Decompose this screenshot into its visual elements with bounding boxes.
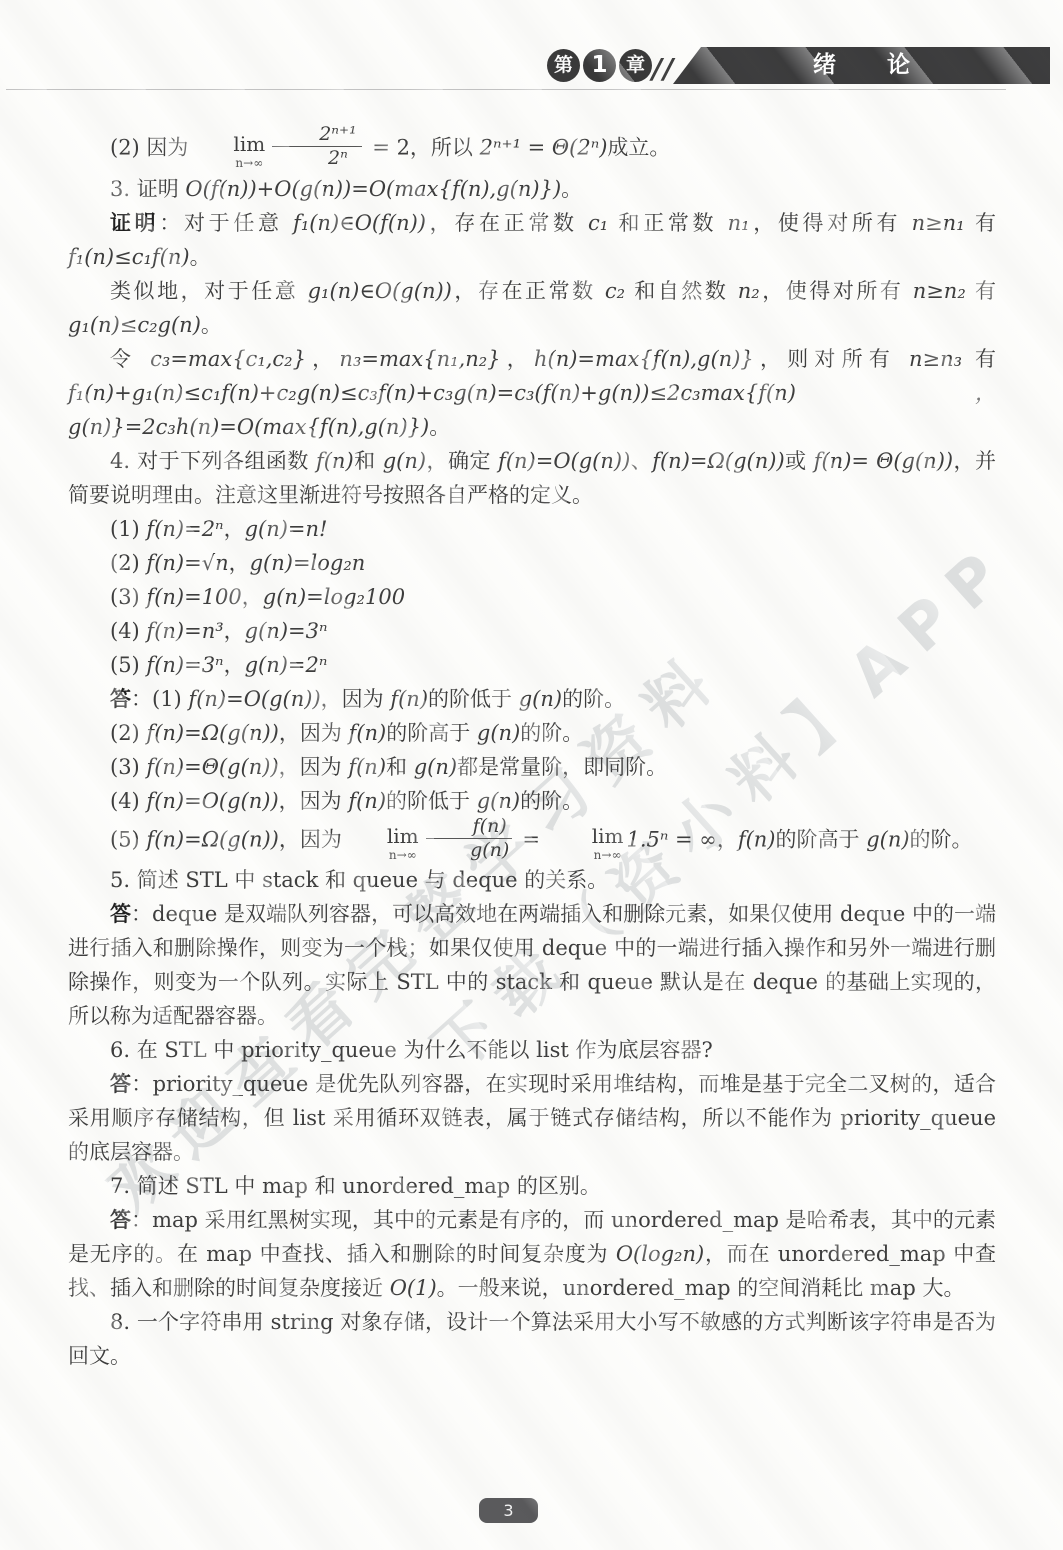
text-run: ， bbox=[229, 551, 250, 575]
paragraph: (5) f(n)=Ω(g(n))，因为limn→∞f(n)g(n) = limn… bbox=[68, 818, 996, 864]
bold-label: 答 bbox=[110, 686, 131, 711]
text-run: ， bbox=[306, 347, 339, 371]
math-text: f(n)=Ω(g(n)) bbox=[652, 449, 784, 473]
math-text: O(f(n))+O(g(n))=O(max{f(n),g(n)}) bbox=[185, 177, 561, 201]
text-run: 成立。 bbox=[607, 135, 670, 159]
limit-word: lim bbox=[345, 826, 419, 846]
text-run: ，因为 bbox=[321, 687, 391, 711]
math-text: g(n) bbox=[477, 721, 520, 745]
text-run: 5. 简述 STL 中 stack 和 queue 与 deque 的关系。 bbox=[110, 868, 608, 892]
fraction-denominator: g(n) bbox=[426, 839, 512, 861]
chapter-badge-char: 第 bbox=[547, 49, 580, 82]
text-run: 的阶低于 bbox=[428, 687, 519, 711]
text-run: 有 bbox=[965, 211, 996, 235]
page-number-badge: 3 bbox=[479, 1498, 538, 1523]
text-run: ，因为 bbox=[279, 721, 349, 745]
text-run: (2) bbox=[110, 551, 146, 575]
math-text: f(n) bbox=[348, 755, 386, 779]
math-text: f(n)=Θ(g(n)) bbox=[146, 755, 278, 779]
text-run: ：对于任意 bbox=[159, 211, 293, 235]
text-run: (3) bbox=[110, 585, 146, 609]
math-text: f(n)=√n bbox=[146, 551, 228, 575]
math-text: n₁ bbox=[728, 211, 750, 235]
text-run: ， bbox=[224, 653, 245, 677]
text-run: 3. 证明 bbox=[110, 177, 185, 201]
math-text: g(n)=log₂n bbox=[250, 551, 366, 575]
chapter-title: 绪 论 bbox=[813, 52, 924, 78]
math-text: g(n) bbox=[414, 755, 457, 779]
text-run: (2) 因为 bbox=[110, 135, 188, 159]
text-run: ：priority_queue 是优先队列容器，在实现时采用堆结构，而堆是基于完… bbox=[68, 1072, 996, 1164]
text-run: (5) bbox=[110, 653, 146, 677]
text-run: 类似地，对于任意 bbox=[110, 279, 308, 303]
math-text: f(n)=O(g(n)) bbox=[146, 789, 278, 813]
text-run: 。一般来说，unordered_map 的空间消耗比 map 大。 bbox=[437, 1276, 965, 1300]
paragraph: 答：priority_queue 是优先队列容器，在实现时采用堆结构，而堆是基于… bbox=[68, 1067, 996, 1169]
math-text: h(n)=max{f(n),g(n)} bbox=[534, 347, 754, 371]
text-run: ，因为 bbox=[279, 755, 349, 779]
header-slashes-decoration: // bbox=[652, 52, 674, 85]
text-run: 4. 对于下列各组函数 bbox=[110, 449, 316, 473]
math-text: n≥n₃ bbox=[909, 347, 962, 371]
text-run: (3) bbox=[110, 755, 146, 779]
math-text: f(n)=3ⁿ bbox=[146, 653, 223, 677]
limit-notation: limn→∞ bbox=[550, 826, 624, 861]
text-run: ，存在正常数 bbox=[426, 211, 588, 235]
text-run: ， bbox=[224, 517, 245, 541]
paragraph: 4. 对于下列各组函数 f(n)和 g(n)，确定 f(n)=O(g(n))、f… bbox=[68, 444, 996, 512]
paragraph: (4) f(n)=n³，g(n)=3ⁿ bbox=[68, 614, 996, 648]
paragraph: 答：(1) f(n)=O(g(n))，因为 f(n)的阶低于 g(n)的阶。 bbox=[68, 682, 996, 716]
math-text: f(n)=O(g(n)) bbox=[498, 449, 630, 473]
math-text: f₁(n)+g₁(n)≤c₁f(n)+c₂g(n)≤c₃f(n)+c₃g(n)=… bbox=[68, 381, 996, 439]
math-text: f(n) bbox=[348, 789, 386, 813]
math-text: f(n)=Ω(g(n)) bbox=[146, 827, 278, 851]
text-run: ， bbox=[224, 619, 245, 643]
text-run: = 2，所以 bbox=[366, 135, 480, 159]
page-header: 第 1 章 // 绪 论 bbox=[0, 0, 1063, 120]
text-run: ， bbox=[242, 585, 263, 609]
paragraph: (2) f(n)=Ω(g(n))，因为 f(n)的阶高于 g(n)的阶。 bbox=[68, 716, 996, 750]
chapter-number: 1 bbox=[583, 49, 616, 82]
math-text: c₁ bbox=[588, 211, 608, 235]
limit-notation: limn→∞ bbox=[345, 826, 419, 861]
limit-subscript: n→∞ bbox=[550, 849, 624, 861]
paragraph: (5) f(n)=3ⁿ，g(n)=2ⁿ bbox=[68, 648, 996, 682]
math-text: f(n)=100 bbox=[146, 585, 241, 609]
math-text: 1.5ⁿ = ∞ bbox=[626, 827, 716, 851]
math-text: g(n)=3ⁿ bbox=[245, 619, 328, 643]
text-run: (1) bbox=[110, 517, 146, 541]
bold-label: 答 bbox=[110, 901, 131, 926]
text-run: 的阶。 bbox=[562, 687, 625, 711]
text-run: 有 bbox=[962, 347, 996, 371]
limit-subscript: n→∞ bbox=[345, 849, 419, 861]
text-run: 令 bbox=[110, 347, 150, 371]
fraction: 2ⁿ⁺¹2ⁿ bbox=[272, 124, 361, 170]
text-run: ，确定 bbox=[426, 449, 498, 473]
math-text: O(1) bbox=[390, 1276, 437, 1300]
document-body: (2) 因为limn→∞2ⁿ⁺¹2ⁿ = 2，所以 2ⁿ⁺¹ = Θ(2ⁿ)成立… bbox=[68, 126, 996, 1373]
text-run: ， bbox=[501, 347, 534, 371]
text-run: (4) bbox=[110, 789, 146, 813]
bold-label: 证明 bbox=[110, 210, 159, 235]
text-run: 和 bbox=[354, 449, 383, 473]
text-run: 的阶。 bbox=[910, 827, 973, 851]
paragraph: 类似地，对于任意 g₁(n)∈O(g(n))，存在正常数 c₂ 和自然数 n₂，… bbox=[68, 274, 996, 342]
text-run: 的阶。 bbox=[520, 789, 583, 813]
math-text: f(n) bbox=[738, 827, 776, 851]
paragraph: 答：map 采用红黑树实现，其中的元素是有序的，而 unordered_map … bbox=[68, 1203, 996, 1305]
math-text: f(n)=Ω(g(n)) bbox=[146, 721, 278, 745]
text-run: 的阶低于 bbox=[386, 789, 477, 813]
text-run: 或 bbox=[785, 449, 814, 473]
limit-word: lim bbox=[550, 826, 624, 846]
text-run: ，使得对所有 bbox=[750, 211, 912, 235]
math-text: f(n)=2ⁿ bbox=[146, 517, 223, 541]
math-text: g(n)=n! bbox=[245, 517, 328, 541]
math-text: f(n)=O(g(n)) bbox=[188, 687, 320, 711]
math-text: f(n)= bbox=[814, 449, 869, 473]
text-run: 。 bbox=[429, 415, 450, 439]
text-run: 6. 在 STL 中 priority_queue 为什么不能以 list 作为… bbox=[110, 1038, 713, 1062]
math-text: n₃=max{n₁,n₂} bbox=[339, 347, 500, 371]
math-text: g(n) bbox=[866, 827, 909, 851]
fraction-numerator: f(n) bbox=[426, 816, 512, 839]
paragraph: (3) f(n)=100，g(n)=log₂100 bbox=[68, 580, 996, 614]
text-run: ，使得对所有 bbox=[760, 279, 913, 303]
math-text: g₁(n)∈O(g(n)) bbox=[308, 279, 452, 303]
paragraph: 答：deque 是双端队列容器，可以高效地在两端插入和删除元素，如果仅使用 de… bbox=[68, 897, 996, 1033]
text-run: 。 bbox=[190, 245, 211, 269]
limit-notation: limn→∞ bbox=[191, 134, 265, 169]
bold-label: 答 bbox=[110, 1207, 131, 1232]
paragraph: 5. 简述 STL 中 stack 和 queue 与 deque 的关系。 bbox=[68, 863, 996, 897]
chapter-badge-char: 章 bbox=[619, 49, 652, 82]
text-run: 和自然数 bbox=[625, 279, 738, 303]
paragraph: (3) f(n)=Θ(g(n))，因为 f(n)和 g(n)都是常量阶，即同阶。 bbox=[68, 750, 996, 784]
text-run: ，则对所有 bbox=[754, 347, 909, 371]
math-text: g₁(n)≤c₂g(n) bbox=[68, 313, 201, 337]
text-run: ：(1) bbox=[131, 687, 188, 711]
math-text: g(n) bbox=[519, 687, 562, 711]
header-rule bbox=[6, 89, 1006, 90]
math-text: f₁(n)≤c₁f(n) bbox=[68, 245, 190, 269]
math-text: 2ⁿ⁺¹ = Θ(2ⁿ) bbox=[480, 135, 608, 159]
text-run: 和 bbox=[386, 755, 414, 779]
math-text: g(n) bbox=[477, 789, 520, 813]
paragraph: (2) 因为limn→∞2ⁿ⁺¹2ⁿ = 2，所以 2ⁿ⁺¹ = Θ(2ⁿ)成立… bbox=[68, 126, 996, 172]
text-run: ，存在正常数 bbox=[452, 279, 605, 303]
math-text: g(n) bbox=[383, 449, 426, 473]
math-text: c₃=max{c₁,c₂} bbox=[150, 347, 306, 371]
paragraph: (4) f(n)=O(g(n))，因为 f(n)的阶低于 g(n)的阶。 bbox=[68, 784, 996, 818]
fraction-denominator: 2ⁿ bbox=[272, 147, 361, 169]
math-text: n₂ bbox=[738, 279, 760, 303]
text-run: = bbox=[516, 827, 547, 851]
text-run: ， bbox=[717, 827, 738, 851]
math-text: n≥n₁ bbox=[912, 211, 965, 235]
paragraph: 8. 一个字符串用 string 对象存储，设计一个算法采用大小写不敏感的方式判… bbox=[68, 1305, 996, 1373]
limit-subscript: n→∞ bbox=[191, 157, 265, 169]
paragraph: (2) f(n)=√n，g(n)=log₂n bbox=[68, 546, 996, 580]
text-run: ，因为 bbox=[279, 827, 342, 851]
text-run: (2) bbox=[110, 721, 146, 745]
text-run: 和正常数 bbox=[608, 211, 727, 235]
text-run: ：deque 是双端队列容器，可以高效地在两端插入和删除元素，如果仅使用 deq… bbox=[68, 902, 996, 1028]
text-run: 。 bbox=[561, 177, 582, 201]
text-run: 的阶高于 bbox=[386, 721, 477, 745]
math-text: Θ(g(n)) bbox=[876, 449, 953, 473]
chapter-title-bar: 绪 论 bbox=[673, 47, 1050, 84]
text-run: (4) bbox=[110, 619, 146, 643]
text-run: 8. 一个字符串用 string 对象存储，设计一个算法采用大小写不敏感的方式判… bbox=[68, 1310, 996, 1368]
fraction: f(n)g(n) bbox=[426, 816, 512, 862]
math-text: g(n)=2ⁿ bbox=[245, 653, 328, 677]
text-run: 都是常量阶，即同阶。 bbox=[457, 755, 667, 779]
math-text: f(n) bbox=[316, 449, 354, 473]
paragraph: 证明：对于任意 f₁(n)∈O(f(n))，存在正常数 c₁ 和正常数 n₁，使… bbox=[68, 206, 996, 274]
math-text: g(n)=log₂100 bbox=[263, 585, 405, 609]
paragraph: (1) f(n)=2ⁿ，g(n)=n! bbox=[68, 512, 996, 546]
paragraph: 令 c₃=max{c₁,c₂}，n₃=max{n₁,n₂}，h(n)=max{f… bbox=[68, 342, 996, 444]
paragraph: 3. 证明 O(f(n))+O(g(n))=O(max{f(n),g(n)})。 bbox=[68, 172, 996, 206]
text-run: 的阶。 bbox=[520, 721, 583, 745]
text-run: (5) bbox=[110, 827, 146, 851]
paragraph: 6. 在 STL 中 priority_queue 为什么不能以 list 作为… bbox=[68, 1033, 996, 1067]
math-text: f₁(n)∈O(f(n)) bbox=[293, 211, 426, 235]
math-text: O(log₂n) bbox=[616, 1242, 704, 1266]
math-text: f(n) bbox=[349, 721, 387, 745]
math-text: f(n) bbox=[390, 687, 428, 711]
limit-word: lim bbox=[191, 134, 265, 154]
chapter-badge: 第 1 章 bbox=[547, 49, 652, 82]
text-run: 7. 简述 STL 中 map 和 unordered_map 的区别。 bbox=[110, 1174, 601, 1198]
math-text: c₂ bbox=[605, 279, 625, 303]
text-run: 。 bbox=[201, 313, 222, 337]
math-text: n≥n₂ bbox=[913, 279, 966, 303]
paragraph: 7. 简述 STL 中 map 和 unordered_map 的区别。 bbox=[68, 1169, 996, 1203]
text-run: 有 bbox=[966, 279, 996, 303]
bold-label: 答 bbox=[110, 1071, 131, 1096]
text-run: ，因为 bbox=[279, 789, 349, 813]
math-text: f(n)=n³ bbox=[146, 619, 223, 643]
text-run: 、 bbox=[630, 449, 652, 473]
text-run: 的阶高于 bbox=[776, 827, 867, 851]
fraction-numerator: 2ⁿ⁺¹ bbox=[272, 124, 361, 147]
